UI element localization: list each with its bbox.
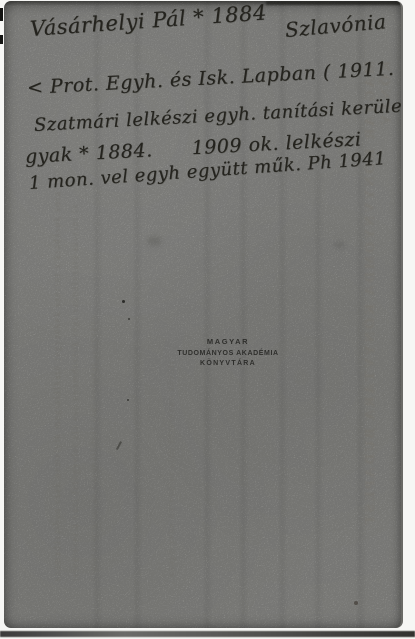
stamp-line-3: KÖNYVTÁRA [168, 360, 288, 367]
pen-slash-mark [116, 441, 122, 450]
ink-speck [354, 601, 358, 605]
stamp-line-2: TUDOMÁNYOS AKADÉMIA [168, 350, 288, 357]
ink-speck [128, 318, 130, 320]
stamp-line-1: MAGYAR [168, 337, 288, 346]
ink-speck [122, 300, 125, 303]
card-top-edge-streak [266, 1, 402, 5]
smudge-mark [334, 241, 345, 249]
scanned-page: MAGYAR KÖNYVNYOMDA KÖNYVTÁRA BUDAPEST KÖ… [0, 0, 415, 639]
bleedthrough-text: MAGYAR KÖNYVNYOMDA KÖNYVTÁRA BUDAPEST KÖ… [363, 61, 395, 581]
handwriting-name-year: Vásárhelyi Pál * 1884 [29, 1, 267, 41]
scan-edge-mark [0, 8, 3, 21]
scan-edge-mark [0, 35, 3, 44]
library-stamp: MAGYAR TUDOMÁNYOS AKADÉMIA KÖNYVTÁRA [168, 337, 288, 367]
bleedthrough-text: csapó zeke oklevelei első füzetében közö… [166, 256, 176, 576]
handwriting-source-ref: < Prot. Egyh. és Isk. Lapban ( 1911. [26, 58, 394, 99]
handwriting-region: Szlavónia [284, 9, 387, 42]
scan-bottom-edge [0, 631, 415, 637]
bleedthrough-text: számadásaiban csak némelyik megtalálható… [52, 186, 62, 581]
smudge-mark [147, 236, 162, 246]
bleedthrough-text: kimutatás alapján összeállított régi sor… [88, 206, 98, 581]
ink-speck [127, 399, 129, 401]
bleedthrough-text: jelentései a váci felügyelet alá eső nyo… [70, 191, 80, 581]
catalog-card-verso: MAGYAR KÖNYVNYOMDA KÖNYVTÁRA BUDAPEST KÖ… [4, 1, 403, 628]
